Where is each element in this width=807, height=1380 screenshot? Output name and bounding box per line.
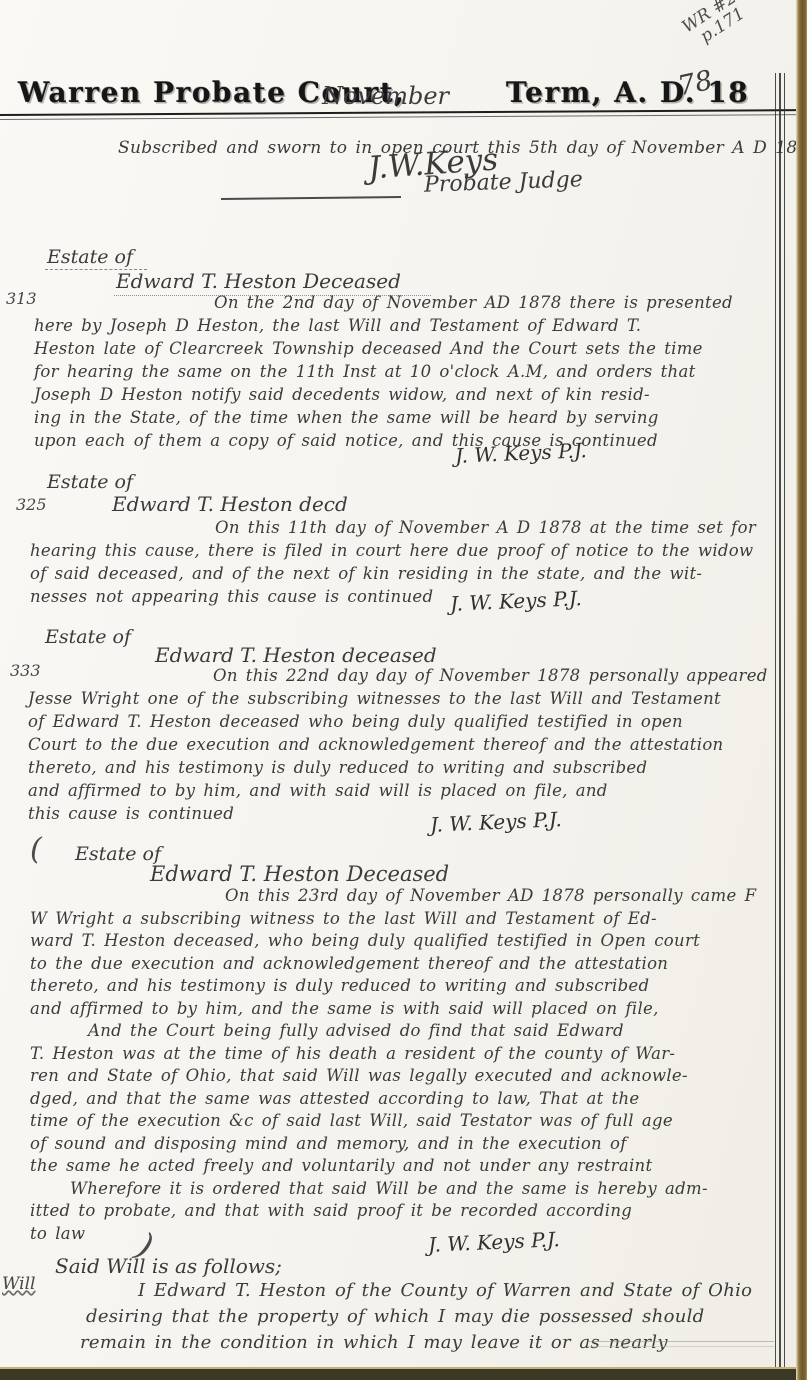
entry-line: Wherefore it is ordered that said Will b…	[30, 1178, 756, 1201]
entry-line: of said deceased, and of the next of kin…	[30, 562, 756, 585]
entry-line: ward T. Heston deceased, who being duly …	[30, 930, 756, 953]
entry-line: nesses not appearing this cause is conti…	[30, 585, 756, 608]
entry-line: here by Joseph D Heston, the last Will a…	[34, 314, 733, 337]
entry-line: to the due execution and acknowledgement…	[30, 953, 756, 976]
estate-label: Estate of	[45, 626, 131, 648]
entry-line: dged, and that the same was attested acc…	[30, 1088, 756, 1111]
entry-line: Court to the due execution and acknowled…	[28, 733, 768, 756]
entry-line: On this 22nd day day of November 1878 pe…	[28, 664, 768, 687]
entry-line: On this 11th day of November A D 1878 at…	[30, 516, 756, 539]
header-term-month: November	[322, 82, 449, 110]
scanned-probate-page: WR #2 p.171 Warren Probate Court, Novemb…	[0, 0, 807, 1380]
entry-line: Joseph D Heston notify said decedents wi…	[34, 383, 733, 406]
entry-line: for hearing the same on the 11th Inst at…	[34, 360, 733, 383]
decedent-name: Edward T. Heston decd	[112, 492, 348, 516]
entry-line: and affirmed to by him, and with said wi…	[28, 779, 768, 802]
entry-line: And the Court being fully advised do fin…	[30, 1020, 756, 1043]
entry-line: Jesse Wright one of the subscribing witn…	[28, 687, 768, 710]
entry-signature: J. W. Keys P.J.	[450, 586, 583, 616]
entry-line: this cause is continued	[28, 802, 768, 825]
margin-rule-line	[779, 73, 781, 1370]
entry-line: hearing this cause, there is filed in co…	[30, 539, 756, 562]
entry-body: On this 22nd day day of November 1878 pe…	[28, 664, 768, 825]
entry-line: of sound and disposing mind and memory, …	[30, 1133, 756, 1156]
entry-line: On the 2nd day of November AD 1878 there…	[34, 291, 733, 314]
entry-body: On the 2nd day of November AD 1878 there…	[34, 291, 733, 452]
entry-line: Heston late of Clearcreek Township decea…	[34, 337, 733, 360]
page-edge-bottom	[0, 1367, 807, 1380]
entry-line: W Wright a subscribing witness to the la…	[30, 908, 756, 931]
entry-line: the same he acted freely and voluntarily…	[30, 1155, 756, 1178]
entry-line: of Edward T. Heston deceased who being d…	[28, 710, 768, 733]
signature-underline	[221, 196, 401, 200]
margin-number: 325	[16, 495, 47, 514]
page-edge-right	[796, 0, 807, 1380]
judge-title: Probate Judge	[424, 167, 584, 198]
will-intro: Said Will is as follows;	[55, 1254, 282, 1278]
header-rule	[0, 109, 796, 120]
paren-flourish: (	[30, 832, 42, 867]
entry-signature: J. W. Keys P.J.	[430, 807, 563, 837]
estate-label: Estate of	[47, 471, 133, 493]
faint-double-line	[588, 1341, 774, 1347]
entry-line: time of the execution &c of said last Wi…	[30, 1110, 756, 1133]
entry-line: ing in the State, of the time when the s…	[34, 406, 733, 429]
entry-line: ren and State of Ohio, that said Will wa…	[30, 1065, 756, 1088]
entry-line: itted to probate, and that with said pro…	[30, 1200, 756, 1223]
entry-body: On this 11th day of November A D 1878 at…	[30, 516, 756, 608]
entry-signature: J. W. Keys P.J.	[455, 438, 588, 468]
margin-rule-line	[775, 73, 776, 1370]
estate-label: Estate of	[75, 843, 161, 865]
will-line: desiring that the property of which I ma…	[30, 1304, 752, 1330]
corner-page-note: WR #2 p.171	[679, 0, 750, 52]
entry-line: thereto, and his testimony is duly reduc…	[30, 975, 756, 998]
decedent-name: Edward T. Heston Deceased	[150, 862, 449, 886]
entry-line: and affirmed to by him, and the same is …	[30, 998, 756, 1021]
entry-signature: J. W. Keys P.J.	[428, 1227, 561, 1257]
estate-label: Estate of	[45, 246, 147, 270]
entry-line: thereto, and his testimony is duly reduc…	[28, 756, 768, 779]
margin-rule-line	[784, 73, 785, 1370]
entry-line: On this 23rd day of November AD 1878 per…	[30, 885, 756, 908]
entry-line: upon each of them a copy of said notice,…	[34, 429, 733, 452]
will-line: I Edward T. Heston of the County of Warr…	[30, 1278, 752, 1304]
margin-number: 313	[6, 289, 37, 308]
entry-body: On this 23rd day of November AD 1878 per…	[30, 885, 756, 1245]
entry-line: T. Heston was at the time of his death a…	[30, 1043, 756, 1066]
